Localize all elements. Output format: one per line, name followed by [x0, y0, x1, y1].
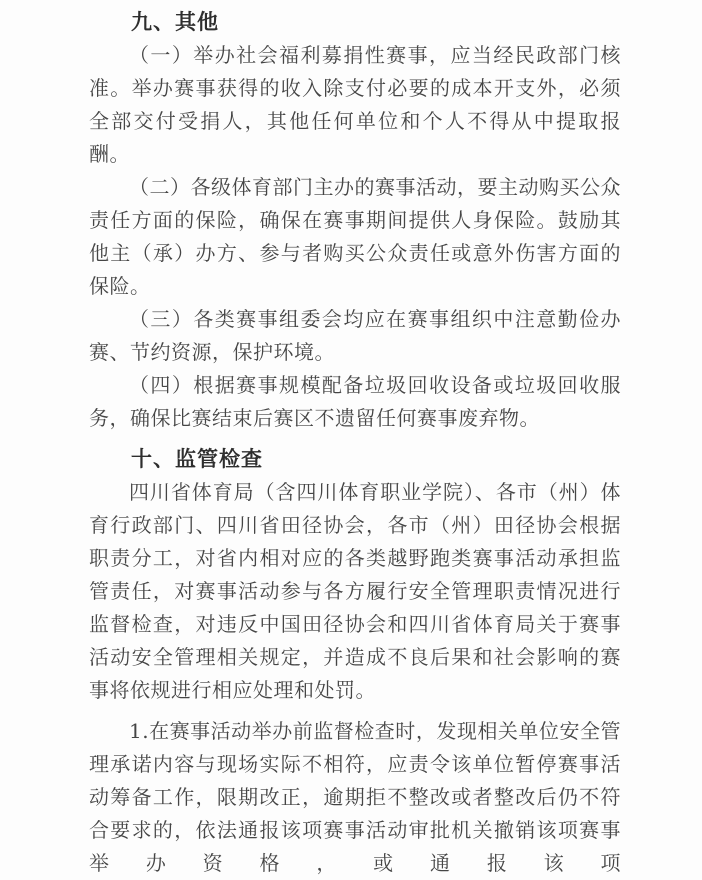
paragraph-supervision-responsibility: 四川省体育局（含四川体育职业学院）、各市（州）体育行政部门、四川省田径协会，各市…: [89, 476, 621, 707]
section-heading-nine-others: 九、其他: [89, 6, 621, 39]
document-text-block: 九、其他 （一）举办社会福利募捐性赛事，应当经民政部门核准。举办赛事获得的收入除…: [89, 6, 621, 749]
paragraph-waste-recycling: （四）根据赛事规模配备垃圾回收设备或垃圾回收服务，确保比赛结束后赛区不遗留任何赛…: [89, 369, 621, 435]
paragraph-thrifty-event-organizing: （三）各类赛事组委会均应在赛事组织中注意勤俭办赛、节约资源，保护环境。: [89, 303, 621, 369]
paragraph-public-liability-insurance: （二）各级体育部门主办的赛事活动，要主动购买公众责任方面的保险，确保在赛事期间提…: [89, 171, 621, 303]
paragraph-charity-event-approval: （一）举办社会福利募捐性赛事，应当经民政部门核准。举办赛事获得的收入除支付必要的…: [89, 39, 621, 171]
paragraph-pre-event-inspection: 1.在赛事活动举办前监督检查时，发现相关单位安全管理承诺内容与现场实际不相符，应…: [89, 715, 621, 749]
section-heading-ten-supervision: 十、监管检查: [89, 443, 621, 476]
document-page: 九、其他 （一）举办社会福利募捐性赛事，应当经民政部门核准。举办赛事获得的收入除…: [0, 0, 702, 749]
